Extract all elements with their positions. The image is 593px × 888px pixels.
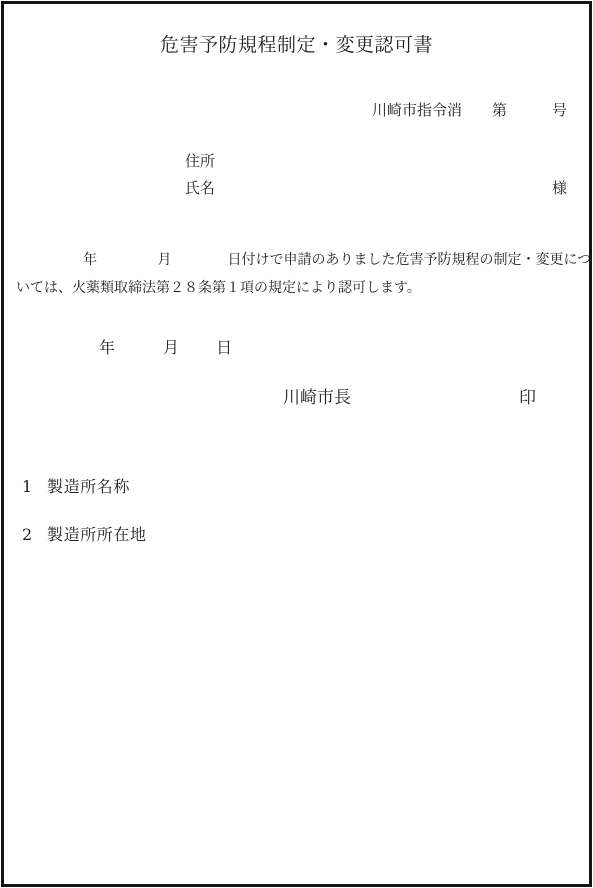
approval-paragraph-line-1: 年 月 日付けで申請のありました危害予防規程の制定・変更につ: [83, 253, 591, 267]
approval-paragraph-line-2: いては、火薬類取締法第２８条第１項の規定により認可します。: [16, 281, 421, 295]
recipient-name-label: 氏名: [185, 181, 215, 196]
document-border: [1, 1, 592, 887]
document-title: 危害予防規程制定・変更認可書: [0, 36, 593, 55]
issue-date-line: 年 月 日: [99, 340, 232, 356]
seal-mark: 印: [519, 390, 536, 407]
item-1-number: 1: [22, 479, 32, 495]
item-2-number: 2: [22, 527, 32, 543]
reference-number-line: 川崎市指令消 第 号: [372, 103, 567, 118]
recipient-honorific: 様: [552, 181, 567, 196]
item-2-label: 製造所所在地: [47, 527, 147, 543]
mayor-signature-title: 川崎市長: [283, 390, 351, 407]
item-1-label: 製造所名称: [47, 479, 130, 495]
document-page: 危害予防規程制定・変更認可書 川崎市指令消 第 号 住所 氏名 様 年 月 日付…: [0, 0, 593, 888]
recipient-address-label: 住所: [185, 154, 215, 169]
